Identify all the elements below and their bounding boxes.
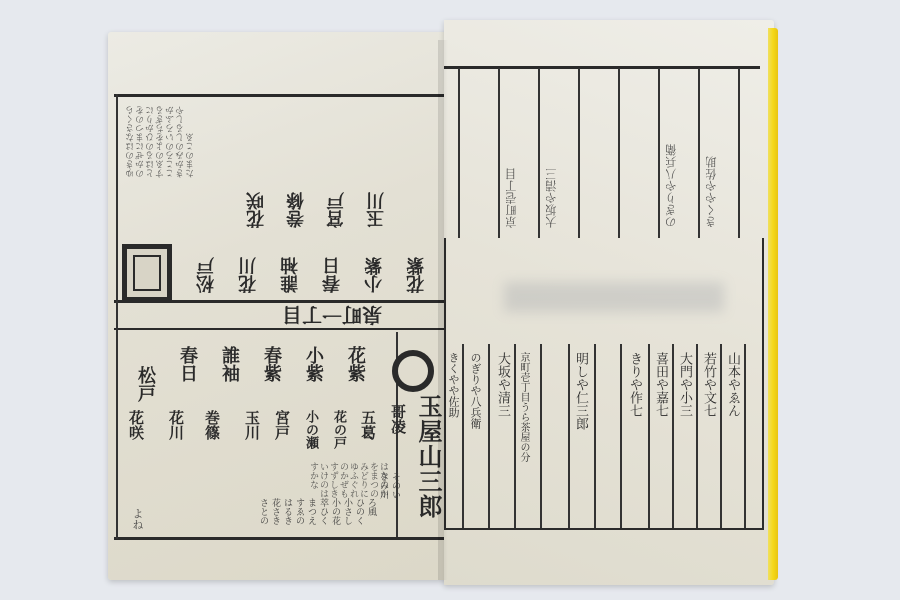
- column-rule: [672, 344, 674, 528]
- left-page: ゆきのはなさくらのかぜにまつのをとはるのひかりにすゑのよをちぎるこころのいろふか…: [108, 32, 448, 580]
- column-rule: [620, 344, 622, 528]
- yellow-page-edge: [768, 28, 778, 580]
- heading-lower2-3: 小の瀬: [304, 410, 317, 449]
- entry: きりや作七: [628, 352, 641, 417]
- heading-upper-2: 春日: [324, 257, 342, 293]
- heading-lower-3: 誰袖: [220, 346, 238, 382]
- column-rule: [540, 344, 542, 528]
- cursive-line: 花さき: [270, 498, 279, 525]
- column-rule: [538, 68, 540, 238]
- column-rule: [698, 68, 700, 238]
- column-rule: [720, 344, 722, 528]
- column-rule: [658, 68, 660, 238]
- entry: のぎりや八兵衛: [470, 352, 481, 429]
- heading-upper-0: 花紫: [408, 257, 426, 293]
- inverted-upper-columns: きくやや佐助 のぎりや八兵衛 大坂や清三 京町壱丁目: [444, 68, 760, 238]
- heading-lower-0: 花紫: [346, 346, 364, 382]
- book-gutter: [438, 40, 452, 580]
- entry: 大坂や清三: [496, 352, 509, 417]
- column-rule: [488, 344, 490, 528]
- small-cursive-text: はなのかをまつのみどりにゆふぐれのかぜもすずしきいけのはすかな: [128, 462, 388, 498]
- heading-lower2-8: 花咲: [128, 410, 143, 440]
- heading-lower-2: 春紫: [262, 346, 280, 382]
- heading-upper-3: 誰袖: [282, 257, 300, 293]
- heading-upper-4: 花川: [240, 257, 258, 293]
- column-rule: [594, 344, 596, 528]
- cursive-line: まつえ: [306, 498, 315, 525]
- entry: 大門や小三: [678, 352, 691, 417]
- heading-lower2-6: 巻篠: [204, 410, 219, 440]
- cursive-line: さとの: [258, 498, 267, 525]
- heading-lower-4: 春日: [178, 346, 196, 382]
- heading-lower2-4: 宮戸: [274, 410, 289, 440]
- entry: 若竹や文七: [702, 352, 715, 417]
- middle-rule-2: [114, 328, 448, 330]
- heading-upper-r2-0: 玉川: [368, 192, 386, 228]
- ring-crest-icon: [392, 350, 434, 392]
- heading-lower-5: 松戸: [136, 366, 154, 402]
- cursive-column: 京町壱丁目: [506, 78, 530, 228]
- cursive-column: きくやや佐助: [706, 78, 730, 228]
- entry: 喜田や嘉七: [654, 352, 667, 417]
- cursive-line: ひのく: [354, 498, 363, 525]
- heading-upper-r2-1: 宮戸: [328, 192, 346, 228]
- entry: 京町壱丁目うら茶屋の分: [518, 352, 528, 462]
- cursive-column: 大坂や清三: [546, 78, 570, 228]
- column-rule: [696, 344, 698, 528]
- column-rule: [744, 344, 746, 528]
- show-through-band: [504, 282, 724, 312]
- heading-lower2-7: 花川: [168, 410, 183, 440]
- heading-upper-r2-2: 巻條: [288, 192, 306, 228]
- column-rule: [738, 68, 740, 238]
- heading-lower2-2: 花の戸: [332, 410, 345, 449]
- cursive-line: よね: [132, 508, 143, 530]
- cursive-line: 小さし: [342, 498, 351, 525]
- heading-upper-1: 小紫: [366, 257, 384, 293]
- open-book: ゆきのはなさくらのかぜにまつのをとはるのひかりにすゑのよをちぎるこころのいろふか…: [108, 20, 784, 580]
- cursive-line: 小の花: [330, 498, 339, 525]
- section-header: 泉町一丁目: [282, 302, 382, 331]
- heading-lower2-5: 玉川: [244, 410, 259, 440]
- cursive-line: ろ風: [366, 498, 375, 516]
- house-name: 玉屋山三郎: [416, 394, 440, 519]
- heading-lower-1: 小紫: [304, 346, 322, 382]
- column-rule: [568, 344, 570, 528]
- column-rule: [618, 68, 620, 238]
- column-rule: [648, 344, 650, 528]
- square-crest: [122, 244, 172, 302]
- bottom-rule: [114, 537, 448, 540]
- entry: 山本やゑん: [726, 352, 739, 417]
- column-rule: [514, 344, 516, 528]
- column-rule: [462, 344, 464, 528]
- cursive-line: そのい: [390, 472, 399, 499]
- heading-upper-r2-3: 花咲: [248, 192, 266, 228]
- column-rule: [578, 68, 580, 238]
- column-rule: [458, 68, 460, 238]
- cursive-line: 萃ひく: [318, 498, 327, 525]
- heading-lower2-1: 五葛: [360, 410, 375, 440]
- cursive-line: はるき: [282, 498, 291, 525]
- right-page: きくやや佐助 のぎりや八兵衛 大坂や清三 京町壱丁目 山本やゑん 若竹や文七 大…: [444, 20, 774, 585]
- heading-upper-5: 松戸: [198, 257, 216, 293]
- entry: 明しや仁三郎: [574, 352, 587, 430]
- cursive-column: のぎりや八兵衛: [666, 78, 690, 228]
- small-cursive-text: ゆきのはなさくらのかぜにまつのをとはるのひかりにすゑのよをちぎるこころのいろふか…: [126, 98, 386, 178]
- heading-lower2-0: 哥凌: [390, 404, 405, 434]
- column-rule: [498, 68, 500, 238]
- cursive-line: すゑの: [294, 498, 303, 525]
